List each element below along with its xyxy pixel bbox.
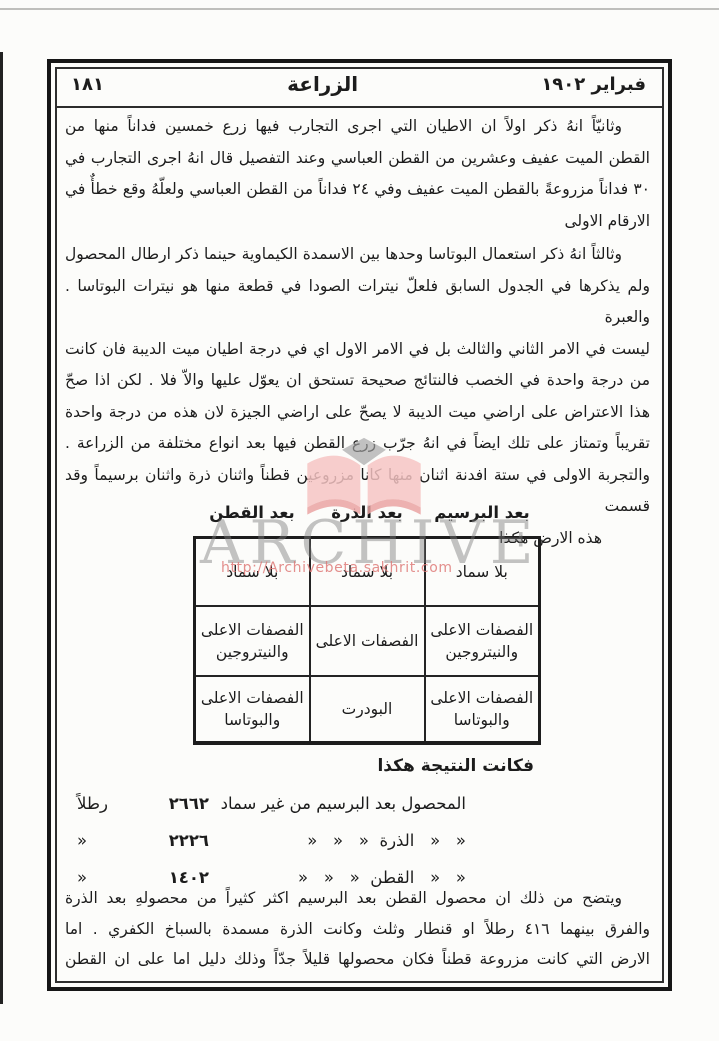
paragraph-conclusion: ويتضح من ذلك ان محصول القطن بعد البرسيم … — [65, 883, 650, 975]
result-row-berseem: المحصول بعد البرسيم من غير سماد ٢٦٦٢ رطل… — [57, 794, 662, 826]
result-value: ٢٢٢٦ — [169, 831, 209, 850]
text-line: الارقام الاولى — [65, 206, 650, 238]
field-division-table: بلا سماد بلا سماد بلا سماد الفصفات الاعل… — [193, 536, 541, 745]
table-cell: الفصفات الاعلى والنيتروجين — [425, 606, 540, 676]
table-cell: الفصفات الاعلى والنيتروجين — [195, 606, 310, 676]
result-unit: رطلاً — [77, 794, 108, 813]
text-line: والفرق بينهما ٤١٦ رطلاً او قنطار وثلث وك… — [65, 914, 650, 945]
result-unit: « — [77, 831, 87, 850]
text-line: ليست في الامر الثاني والثالث بل في الامر… — [65, 334, 650, 366]
table-row: الفصفات الاعلى والنيتروجين الفصفات الاعل… — [195, 606, 540, 676]
text-line: تقريباً وتمتاز على تلك ايضاً في انهُ جرّ… — [65, 428, 650, 460]
page-inner-frame: فبراير ١٩٠٢ الزراعة ١٨١ وثانيّاً انهُ ذك… — [55, 67, 664, 983]
table-cell: الفصفات الاعلى والبوتاسا — [425, 676, 540, 743]
table-column-labels: بعد البرسيم بعد الذرة بعد القطن — [193, 503, 541, 522]
text-line: القطن الميت عفيف وعشرين من القطن العباسي… — [65, 143, 650, 175]
table-row: الفصفات الاعلى والبوتاسا البودرت الفصفات… — [195, 676, 540, 743]
table-cell: البودرت — [310, 676, 425, 743]
text-line: الارض التي كانت مزروعة قطناً فكان محصوله… — [65, 944, 650, 975]
result-figure: ٢٦٦٢ رطلاً — [77, 794, 209, 813]
table-cell: بلا سماد — [310, 538, 425, 607]
text-line: ويتضح من ذلك ان محصول القطن بعد البرسيم … — [65, 883, 650, 914]
page-number: ١٨١ — [71, 74, 104, 95]
column-label-after-maize: بعد الذرة — [311, 503, 423, 522]
header-issue-date: فبراير ١٩٠٢ — [541, 74, 646, 95]
results-title: فكانت النتيجة هكذا — [377, 756, 534, 776]
text-line: وثالثاً انهُ ذكر استعمال البوتاسا وحدها … — [65, 239, 650, 271]
table-cell: بلا سماد — [195, 538, 310, 607]
table-row: بلا سماد بلا سماد بلا سماد — [195, 538, 540, 607]
table-cell: بلا سماد — [425, 538, 540, 607]
text-line: ٣٠ فداناً مزروعةً بالقطن الميت عفيف وفي … — [65, 174, 650, 206]
result-label: المحصول بعد البرسيم من غير سماد — [221, 794, 466, 813]
result-figure: ٢٢٢٦ « — [77, 831, 209, 850]
paragraph-second-remark: وثانيّاً انهُ ذكر اولاً ان الاطيان التي … — [65, 111, 650, 237]
scan-edge-top-line — [0, 8, 719, 10]
text-line: وثانيّاً انهُ ذكر اولاً ان الاطيان التي … — [65, 111, 650, 143]
result-row-maize: « « الذرة « « « ٢٢٢٦ « — [57, 831, 662, 863]
text-line: هذا الاعتراض على اراضي ميت الديبة لا يصح… — [65, 397, 650, 429]
result-label: « « الذرة « « « — [307, 831, 466, 850]
table-cell: الفصفات الاعلى والبوتاسا — [195, 676, 310, 743]
scan-edge-left-strip — [0, 52, 3, 1004]
text-line: من درجة واحدة في الخصب فالنتائج صحيحة تس… — [65, 365, 650, 397]
page-border-frame: فبراير ١٩٠٢ الزراعة ١٨١ وثانيّاً انهُ ذك… — [47, 59, 672, 991]
column-label-after-cotton: بعد القطن — [193, 503, 311, 522]
result-value: ٢٦٦٢ — [169, 794, 209, 813]
journal-title: الزراعة — [287, 72, 358, 96]
header-divider-rule — [57, 106, 662, 108]
table-cell: الفصفات الاعلى — [310, 606, 425, 676]
text-line: ولم يذكرها في الجدول السابق فلعلّ نيترات… — [65, 271, 650, 334]
column-label-after-berseem: بعد البرسيم — [423, 503, 541, 522]
page-header: فبراير ١٩٠٢ الزراعة ١٨١ — [71, 72, 646, 96]
